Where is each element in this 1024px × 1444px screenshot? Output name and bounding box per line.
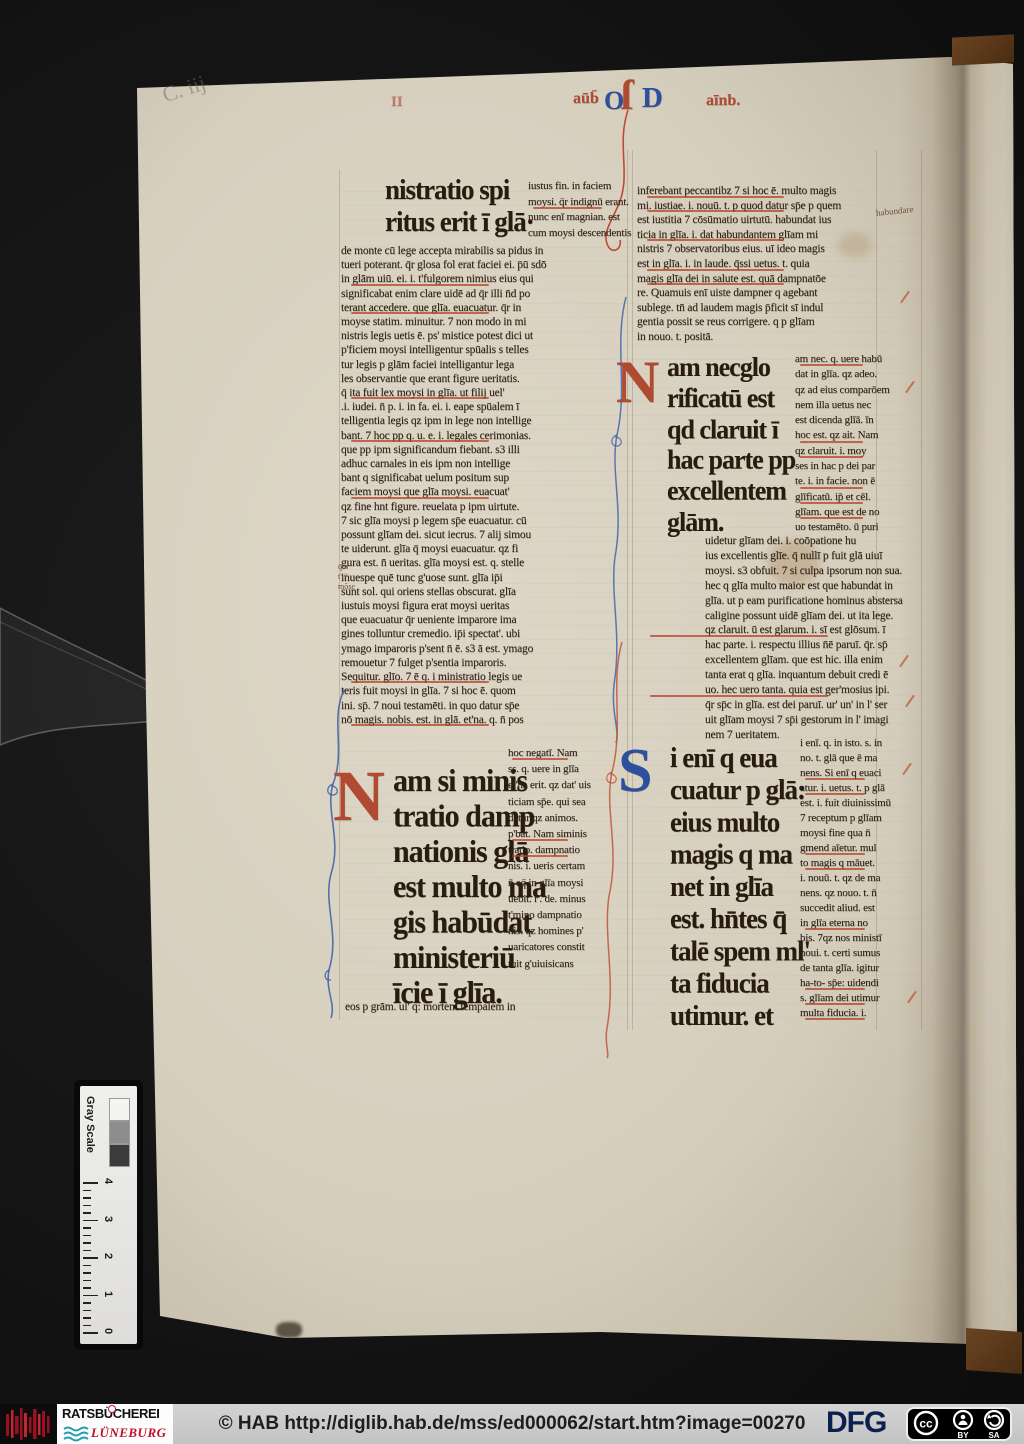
text-line: hec q glīa multo maior est que habundat … (637, 579, 903, 594)
text-line: moysi. q̄r indignū erant. (528, 195, 631, 211)
text-line: 7 receptum p glīam (800, 811, 891, 826)
text-line: significabat enim clare uidē ad q̄r illi… (341, 287, 546, 301)
gloss-col2-bottom: i enī. q. in isto. s. inno. t. glā que ē… (800, 736, 891, 1021)
text-line: inuespe quē tunc g'uose sunt. glīa ip̄i (341, 571, 546, 585)
text-line: gentia possit se reus corrigere. q p glī… (637, 315, 841, 330)
text-line: t'mino dampnatio (508, 907, 591, 923)
ruler-minor-tick (83, 1242, 91, 1244)
text-line: te. i. in facie. non ē (795, 474, 890, 489)
svg-text:cc: cc (919, 1417, 933, 1431)
waves-icon (63, 1426, 89, 1442)
text-line: hoc negatī. Nam (508, 745, 591, 761)
text-line: glīficatū. ip̄ et cēl. (795, 490, 890, 505)
text-line: ss. q. uere in glīa (508, 761, 591, 777)
text-line: les observantie que erant figure ueritat… (341, 372, 546, 386)
text-line: uit glīam moysi 7 sp̄i gestorum in l' im… (637, 713, 903, 728)
text-line: tratio. dampnatio (508, 842, 591, 858)
text-line: bant q significabat uelum positum sup (341, 471, 546, 485)
text-line: net in glīa (632, 871, 810, 903)
text-line: bis. 7qz nos ministī (800, 931, 891, 946)
text-line: ini. sp̄. 7 noui testamēti. in quo datur… (341, 699, 546, 713)
ruler-minor-tick (83, 1272, 91, 1274)
binding-leather-top (952, 34, 1014, 65)
ruler-major-tick (83, 1257, 98, 1259)
commentary-col2-mid: uidetur glīam dei. i. coōpatione huius e… (637, 534, 903, 743)
text-line: mi. iustiae. i. nouū. t. p quod datur sp… (637, 199, 841, 214)
text-line: uo. hec uero tanta. quia est ger'mosius … (637, 683, 903, 698)
ruler-number: 0 (102, 1328, 114, 1334)
gloss-col1-bottom: hoc negatī. Namss. q. uere in glīaet'na … (508, 745, 591, 972)
text-line: de tanta glīa. igitur (800, 961, 891, 976)
text-line: gmend aīetur. mul (800, 841, 891, 856)
text-line: q̄ ita fuit lex moysi in glīa. ut filij … (341, 386, 546, 400)
ruler-minor-tick (83, 1302, 91, 1304)
text-line: adhuc carnales in eis ipm non intellige (341, 457, 546, 471)
text-line: ticiam sp̄e. qui sea (508, 794, 591, 810)
ruler-major-tick (83, 1295, 98, 1297)
ruler-minor-tick (83, 1280, 91, 1282)
binding-leather-bottom (966, 1328, 1022, 1374)
gray-patch (109, 1144, 130, 1167)
text-line: q̄r sp̄c in glīa. est dei paruī. ur' un'… (637, 698, 903, 713)
text-line: que euacuatur q̄r ueniente imparore ima (341, 613, 546, 627)
lemma-col2-mid: am necglorificatū estqd claruit īhac par… (627, 352, 795, 538)
svg-text:BY: BY (957, 1431, 969, 1439)
text-line: telligentia legis qz ipm in lege non int… (341, 414, 546, 428)
text-line: cuatur p glā: (632, 774, 810, 806)
text-line: i. nouū. t. qz de ma (800, 871, 891, 886)
cc-sa-icon: SA (985, 1411, 1003, 1439)
text-line: rificatū est (627, 383, 795, 414)
ruler-number: 3 (102, 1216, 114, 1222)
text-line: tuit g'uiuisicans (508, 956, 591, 972)
text-line: glīa. ut p eam purificatione hominus abs… (637, 594, 903, 609)
text-line: gines tolluntur cremedio. ip̄i spectat'.… (341, 627, 546, 641)
text-line: uebit. r'. de. minus (508, 891, 591, 907)
text-line: qz claruit. i. moy (795, 444, 890, 459)
text-line: magis q ma (632, 839, 810, 871)
text-line: nunc enī magnian. est (528, 210, 631, 226)
text-line: Sequitur. glīo. 7 ē q. i ministratio leg… (341, 670, 546, 684)
text-line: to magis q māuet. (800, 856, 891, 871)
text-line: qz claruit. ū est glarum. i. sī est glōs… (637, 623, 903, 638)
text-line: 7 sic glīa moysi p legem sp̄e euacuatur.… (341, 514, 546, 528)
text-line: ticia in glīa. i. dat habundantem glīam … (637, 228, 841, 243)
text-line: uaricatores constit (508, 939, 591, 955)
cc-license-badge: cc BY SA (906, 1407, 1012, 1441)
text-line: ius excellentis glīe. q̄ nullī p fuit gl… (637, 549, 903, 564)
text-line: de monte cū lege accepta mirabilis sa pi… (341, 244, 546, 258)
text-line: tueri poterant. q̄r glosa fol erat facie… (341, 258, 546, 272)
text-line: mōse (338, 582, 355, 592)
ruler-major-tick (83, 1220, 98, 1222)
ruler-minor-tick (83, 1317, 91, 1319)
text-line: est iustitia 7 cōsūmatio uirtutū. habund… (637, 213, 841, 228)
cc-icon: cc (915, 1412, 937, 1434)
text-line: sunt sol. qui oriens stellas obscurat. g… (341, 585, 546, 599)
text-line: moysi fine qua n̄ (800, 826, 891, 841)
text-line: iustus fin. in faciem (528, 179, 631, 195)
ruler-minor-tick (83, 1205, 91, 1207)
text-line: ses in hac p dei par (795, 459, 890, 474)
running-title-left: aūb̄ (573, 90, 599, 108)
text-line: que pp ipm significandum fiebant. s3 ill… (341, 443, 546, 457)
text-line: nō magis. nobis. est. in glā. et'na. q. … (341, 713, 546, 727)
text-line: hoc est. qz ait. Nam (795, 428, 890, 443)
text-line: n̄ eq̄ in glīa moysi (508, 875, 591, 891)
text-line: am necglo (627, 352, 795, 383)
library-logo-block (0, 1404, 57, 1444)
gloss-col2-mid: am nec. q. uere habūdat in glīa. qz adeo… (795, 352, 890, 536)
text-line: ta fiducia (632, 968, 810, 1000)
text-line: talē spem ml' (632, 935, 810, 967)
ruler-number: 2 (102, 1253, 114, 1259)
text-line: datur qz animos. (508, 810, 591, 826)
text-line: ha-to- sp̄e: uidendi (800, 976, 891, 991)
text-line: te uiderunt. glīa q̄ moysi euacuatur. qz… (341, 542, 546, 556)
gloss-col1-top: iustus fin. in faciemmoysi. q̄r indignū … (528, 179, 631, 241)
ruler-major-tick (83, 1332, 98, 1334)
ruler-minor-tick (83, 1235, 91, 1237)
text-line: noui. t. certi sumus (800, 946, 891, 961)
ruler-minor-tick (83, 1212, 91, 1214)
running-title-right: aīnb. (706, 92, 740, 110)
ruler-minor-tick (83, 1227, 91, 1229)
text-line: dat in glīa. qz adeo. (795, 367, 890, 382)
text-line: tanta erat q glīa. inquantum debuit cred… (637, 668, 903, 683)
text-line: p'bat. Nam siminis (508, 826, 591, 842)
text-line: re. Quamuis enī uiste dampner q agebant (637, 286, 841, 301)
text-line: terant accedere. que glīa. euacuatur. q̄… (341, 301, 546, 315)
text-line: remouetur 7 fulget p'sentia imparoris. (341, 656, 546, 670)
text-line: eius multo (632, 806, 810, 838)
header-numeral: II (391, 94, 403, 111)
text-line: nem illa uetus nec (795, 398, 890, 413)
commentary-col2-top: inferebant peccantibz 7 si hoc ē. multo … (637, 184, 841, 345)
pen-flourish-red (598, 640, 628, 1060)
text-line: qz fine hnt figure. reuelata p ipm uirtu… (341, 500, 546, 514)
lemma-col2-bottom: i enī q euacuatur p glā:eius multomagis … (632, 742, 810, 1032)
text-line: s. glīam dei utimur (800, 991, 891, 1006)
red-ring-icon (108, 1405, 116, 1413)
ruler-minor-tick (83, 1265, 91, 1267)
grayscale-calibration-card: Gray Scale 43210 (80, 1086, 137, 1344)
text-line: excellentem glīam. que est hic. illa eni… (637, 653, 903, 668)
text-line: t'ti' (338, 572, 355, 582)
commentary-col1: de monte cū lege accepta mirabilis sa pi… (341, 244, 546, 727)
text-line: ritus erit ī glā· (385, 206, 534, 238)
ruler-minor-tick (83, 1310, 91, 1312)
margin-note-left: q̄mt'ti'mōse (338, 562, 355, 592)
text-line: atur. i. uetus. t. p glā (800, 781, 891, 796)
svg-text:SA: SA (988, 1431, 999, 1439)
text-line: ymago imparoris p'sent n̄ ē. s3 ā est. y… (341, 642, 546, 656)
text-line: est. i. fuit diuinissimū (800, 796, 891, 811)
text-line: succedit aliud. est (800, 901, 891, 916)
text-line: cum moysi descendentis (528, 226, 631, 242)
footline-col1: eos p grām. ul' q: mortem tempalem in (345, 1000, 515, 1014)
text-line: nens. qz nouo. t. n̄ (800, 886, 891, 901)
text-line: et'na erit. qz dat' uis (508, 777, 591, 793)
ruler-minor-tick (83, 1250, 91, 1252)
gray-patch (109, 1098, 130, 1121)
lemma-col1-top: nistratio spiritus erit ī glā· (385, 174, 534, 238)
text-line: excellentem (627, 476, 795, 507)
text-line: possunt glīam dei. sicut iecrus. 7 alij … (341, 528, 546, 542)
text-line: bant. 7 hoc pp q. u. e. i. legales cerim… (341, 429, 546, 443)
cc-by-icon: BY (954, 1411, 972, 1439)
grayscale-ruler: 43210 (80, 1182, 137, 1340)
grayscale-patches (109, 1098, 130, 1167)
text-line: am nec. q. uere habū (795, 352, 890, 367)
text-line: moysi. s3 obfuit. 7 si culpa ipsorum non… (637, 564, 903, 579)
library-city: LÜNEBURG (91, 1425, 167, 1441)
text-line: est in glīa. i. in laude. q̄ssi uetus. t… (637, 257, 841, 272)
dfg-logo: DFG (826, 1406, 886, 1440)
ruler-minor-tick (83, 1325, 91, 1327)
text-line: q̄m (338, 562, 355, 572)
gray-patch (109, 1121, 130, 1144)
ruler-number: 4 (102, 1178, 114, 1184)
ruler-minor-tick (83, 1287, 91, 1289)
text-line: i enī. q. in isto. s. in (800, 736, 891, 751)
text-line: est dicenda glīā. īn (795, 413, 890, 428)
text-line: hac parte. i. respectu illius n̄ē paruī.… (637, 638, 903, 653)
text-line: sublege. tn̄ ad laudem magis p̄ficit sī … (637, 301, 841, 316)
ruler-minor-tick (83, 1190, 91, 1192)
text-line: iustuis moysi figura erat moysi ueritas (341, 599, 546, 613)
credit-line: © HAB http://diglib.hab.de/mss/ed000062/… (219, 1413, 806, 1435)
library-bars-icon (0, 1404, 57, 1444)
library-logo-text: RATSBÜCHEREI LÜNEBURG (57, 1404, 173, 1444)
text-line: qz ad eius comparōem (795, 383, 890, 398)
text-line: in glām uiū. ei. i. t'fulgorem nimius ei… (341, 272, 546, 286)
text-line: gura est. n̄ ueritas. glīa moysi est. q.… (341, 556, 546, 570)
text-line: uidetur glīam dei. i. coōpatione hu (637, 534, 903, 549)
ruler-minor-tick (83, 1197, 91, 1199)
text-line: in glīa eterna no (800, 916, 891, 931)
text-line: glīam. que est de no (795, 505, 890, 520)
text-line: .i. iudei. n̄ p. i. in fa. ei. i. eape s… (341, 400, 546, 414)
ruler-number: 1 (102, 1291, 114, 1297)
text-line: faciem moysi que glīa moysi. euacuat' (341, 485, 546, 499)
text-line: in nouo. t. positā. (637, 330, 841, 345)
text-line: est. hn̄tes q̄ (632, 903, 810, 935)
text-line: teris fuit moysi in glīa. 7 si hoc ē. qu… (341, 684, 546, 698)
text-line: utimur. et (632, 1000, 810, 1032)
text-line: nistris 7 observatoribus eius. uī ideo m… (637, 242, 841, 257)
ruler-major-tick (83, 1182, 98, 1184)
text-line: i enī q eua (632, 742, 810, 774)
text-line: nis. qz homines p' (508, 923, 591, 939)
text-line: caligine possunt uidē glīam dei. ut ita … (637, 609, 903, 624)
text-line: qd claruit ī (627, 414, 795, 445)
text-line: moyse statim. minuitur. 7 non modo in mi (341, 315, 546, 329)
text-line: nistris legis uetis ē. ps' mistice potes… (341, 329, 546, 343)
text-line: inferebant peccantibz 7 si hoc ē. multo … (637, 184, 841, 199)
footer-bar: RATSBÜCHEREI LÜNEBURG © HAB http://digli… (0, 1404, 1024, 1444)
text-line: hac parte pp (627, 445, 795, 476)
text-line: nis. i. ueris certam (508, 858, 591, 874)
pen-flourish-blue (320, 688, 350, 1020)
text-line: nistratio spi (385, 174, 534, 206)
text-line: p'ficiem moysi intelligentur spūalis s t… (341, 343, 546, 357)
text-line: tur legis p glām faciei intelligantur le… (341, 358, 546, 372)
photo-frame: C. iij II aūb̄ O ſ D aīnb. nistratio spi… (0, 0, 1024, 1444)
text-line: nens. Si enī q euaci (800, 766, 891, 781)
text-line: magis glīa dei in salute est. quā dampna… (637, 272, 841, 287)
text-line: multa fiducia. i. (800, 1006, 891, 1021)
text-line: no. t. glā que ē ma (800, 751, 891, 766)
